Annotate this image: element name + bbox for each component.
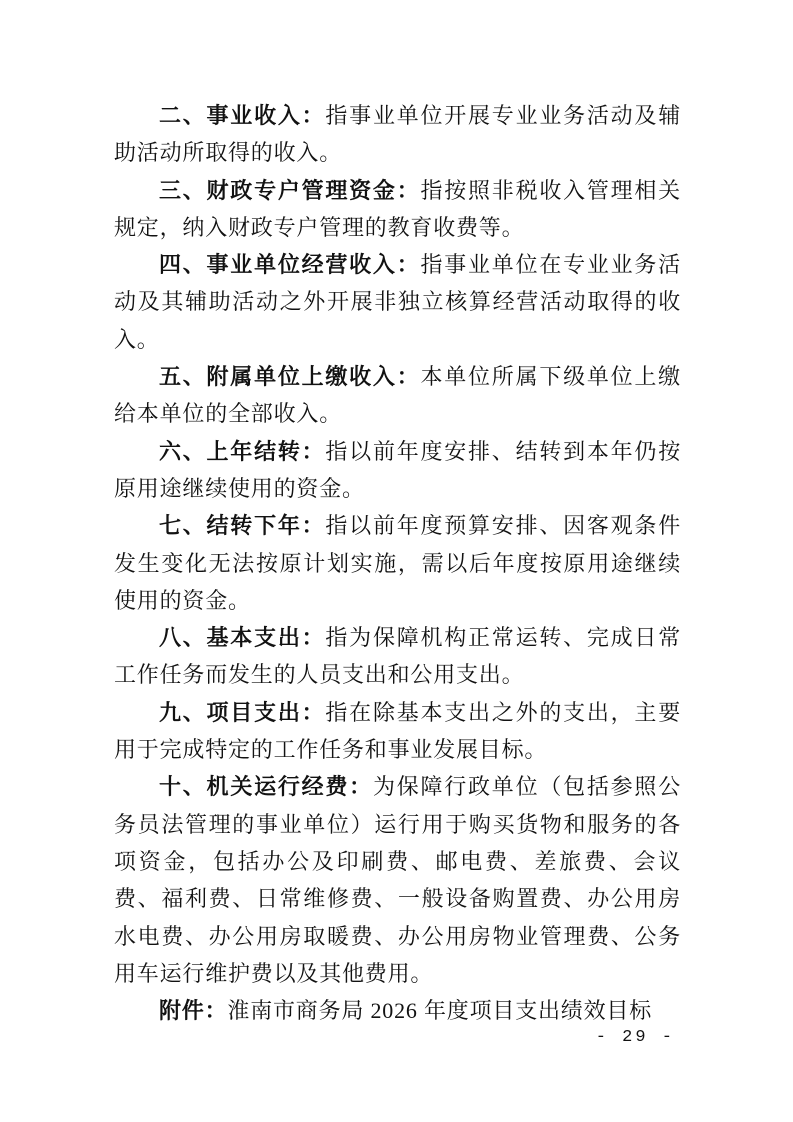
attachment-title: 淮南市商务局 2026 年度项目支出绩效目标	[227, 998, 652, 1023]
document-body: 二、事业收入：指事业单位开展专业业务活动及辅助活动所取得的收入。 三、财政专户管…	[114, 97, 681, 1029]
term-label: 六、上年结转：	[159, 439, 325, 464]
term-label: 九、项目支出：	[159, 700, 325, 725]
glossary-paragraph-jingying-shouru: 四、事业单位经营收入：指事业单位在专业业务活动及其辅助活动之外开展非独立核算经营…	[114, 246, 681, 358]
attachment-label: 附件：	[159, 998, 227, 1023]
glossary-paragraph-jiben-zhichu: 八、基本支出：指为保障机构正常运转、完成日常工作任务而发生的人员支出和公用支出。	[114, 619, 681, 694]
document-page: 二、事业收入：指事业单位开展专业业务活动及辅助活动所取得的收入。 三、财政专户管…	[0, 0, 793, 1122]
glossary-paragraph-jiguan-yunxing-jingfei: 十、机关运行经费：为保障行政单位（包括参照公务员法管理的事业单位）运行用于购买货…	[114, 768, 681, 992]
glossary-paragraph-caizheng-zhuanhu: 三、财政专户管理资金：指按照非税收入管理相关规定，纳入财政专户管理的教育收费等。	[114, 172, 681, 247]
glossary-paragraph-xiangmu-zhichu: 九、项目支出：指在除基本支出之外的支出，主要用于完成特定的工作任务和事业发展目标…	[114, 694, 681, 769]
attachment-line: 附件：淮南市商务局 2026 年度项目支出绩效目标	[114, 992, 681, 1029]
definition-text: 为保障行政单位（包括参照公务员法管理的事业单位）运行用于购买货物和服务的各项资金…	[114, 774, 681, 985]
glossary-paragraph-fushu-danwei: 五、附属单位上缴收入：本单位所属下级单位上缴给本单位的全部收入。	[114, 358, 681, 433]
term-label: 五、附属单位上缴收入：	[159, 364, 420, 389]
term-label: 二、事业收入：	[159, 103, 325, 128]
page-number: - 29 -	[596, 1028, 675, 1047]
term-label: 三、财政专户管理资金：	[159, 178, 420, 203]
glossary-paragraph-jiezhuan-xianian: 七、结转下年：指以前年度预算安排、因客观条件发生变化无法按原计划实施，需以后年度…	[114, 507, 681, 619]
term-label: 七、结转下年：	[159, 513, 325, 538]
term-label: 八、基本支出：	[159, 625, 325, 650]
glossary-paragraph-shangnian-jiezhuan: 六、上年结转：指以前年度安排、结转到本年仍按原用途继续使用的资金。	[114, 433, 681, 508]
term-label: 十、机关运行经费：	[159, 774, 373, 799]
term-label: 四、事业单位经营收入：	[159, 252, 420, 277]
glossary-paragraph-shiye-shouru: 二、事业收入：指事业单位开展专业业务活动及辅助活动所取得的收入。	[114, 97, 681, 172]
